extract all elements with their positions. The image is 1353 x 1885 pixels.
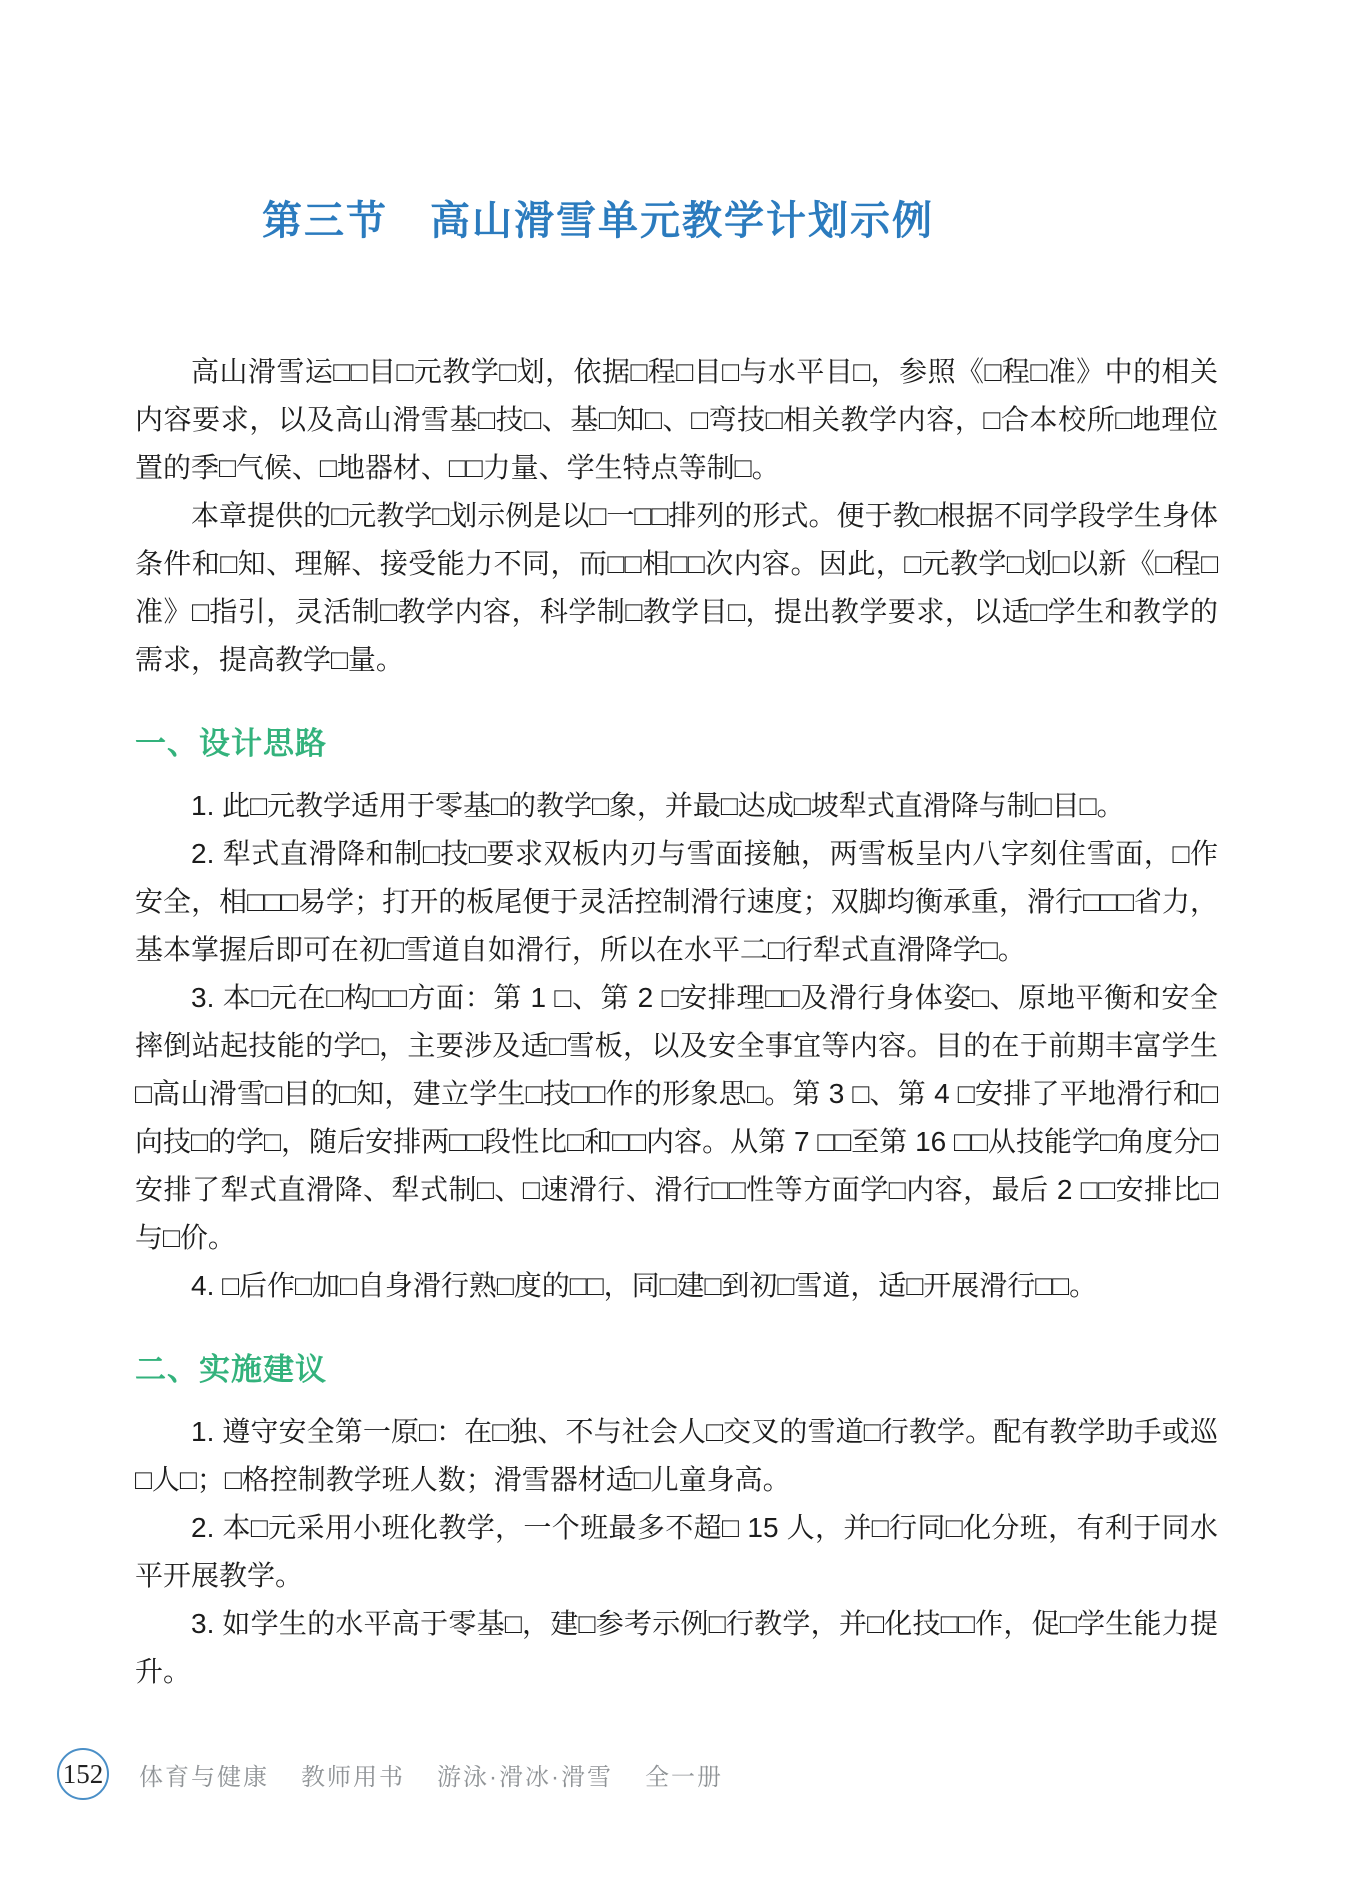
intro-paragraph-1: 高山滑雪运□□目□元教学□划，依据□程□目□与水平目□，参照《□程□准》中的相关…	[135, 348, 1218, 492]
footer-book-info: 体育与健康 教师用书 游泳·滑冰·滑雪 全一册	[139, 1757, 723, 1792]
page-footer: 152 体育与健康 教师用书 游泳·滑冰·滑雪 全一册	[57, 1748, 723, 1800]
page-number: 152	[63, 1759, 104, 1790]
page: 第三节 高山滑雪单元教学计划示例 高山滑雪运□□目□元教学□划，依据□程□目□与…	[0, 0, 1353, 1885]
footer-segment: 全一册	[645, 1757, 723, 1792]
design-item-list: 1. 此□元教学适用于零基□的教学□象，并最□达成□坡犁式直滑降与制□目□。 2…	[135, 782, 1218, 1310]
list-item: 1. 此□元教学适用于零基□的教学□象，并最□达成□坡犁式直滑降与制□目□。	[135, 782, 1218, 830]
list-item: 4. □后作□加□自身滑行熟□度的□□，同□建□到初□雪道，适□开展滑行□□。	[135, 1262, 1218, 1310]
footer-segment: 教师用书	[301, 1757, 405, 1792]
footer-segment: 游泳·滑冰·滑雪	[437, 1757, 613, 1792]
list-item: 2. 犁式直滑降和制□技□要求双板内刃与雪面接触，两雪板呈内八字刻住雪面，□作安…	[135, 830, 1218, 974]
list-item: 3. 如学生的水平高于零基□，建□参考示例□行教学，并□化技□□作，促□学生能力…	[135, 1600, 1218, 1696]
implementation-item-list: 1. 遵守安全第一原□：在□独、不与社会人□交叉的雪道□行教学。配有教学助手或巡…	[135, 1408, 1218, 1696]
list-item: 2. 本□元采用小班化教学，一个班最多不超□ 15 人，并□行同□化分班，有利于…	[135, 1504, 1218, 1600]
section-heading-design: 一、设计思路	[135, 724, 1218, 764]
intro-paragraph-2: 本章提供的□元教学□划示例是以□一□□排列的形式。便于教□根据不同学段学生身体条…	[135, 492, 1218, 684]
page-title: 第三节 高山滑雪单元教学计划示例	[262, 197, 1218, 245]
list-item: 3. 本□元在□构□□方面：第 1 □、第 2 □安排理□□及滑行身体姿□、原地…	[135, 974, 1218, 1262]
page-number-badge: 152	[57, 1748, 109, 1800]
list-item: 1. 遵守安全第一原□：在□独、不与社会人□交叉的雪道□行教学。配有教学助手或巡…	[135, 1408, 1218, 1504]
section-heading-implementation: 二、实施建议	[135, 1350, 1218, 1390]
content-column: 第三节 高山滑雪单元教学计划示例 高山滑雪运□□目□元教学□划，依据□程□目□与…	[135, 0, 1218, 1696]
footer-segment: 体育与健康	[139, 1757, 269, 1792]
